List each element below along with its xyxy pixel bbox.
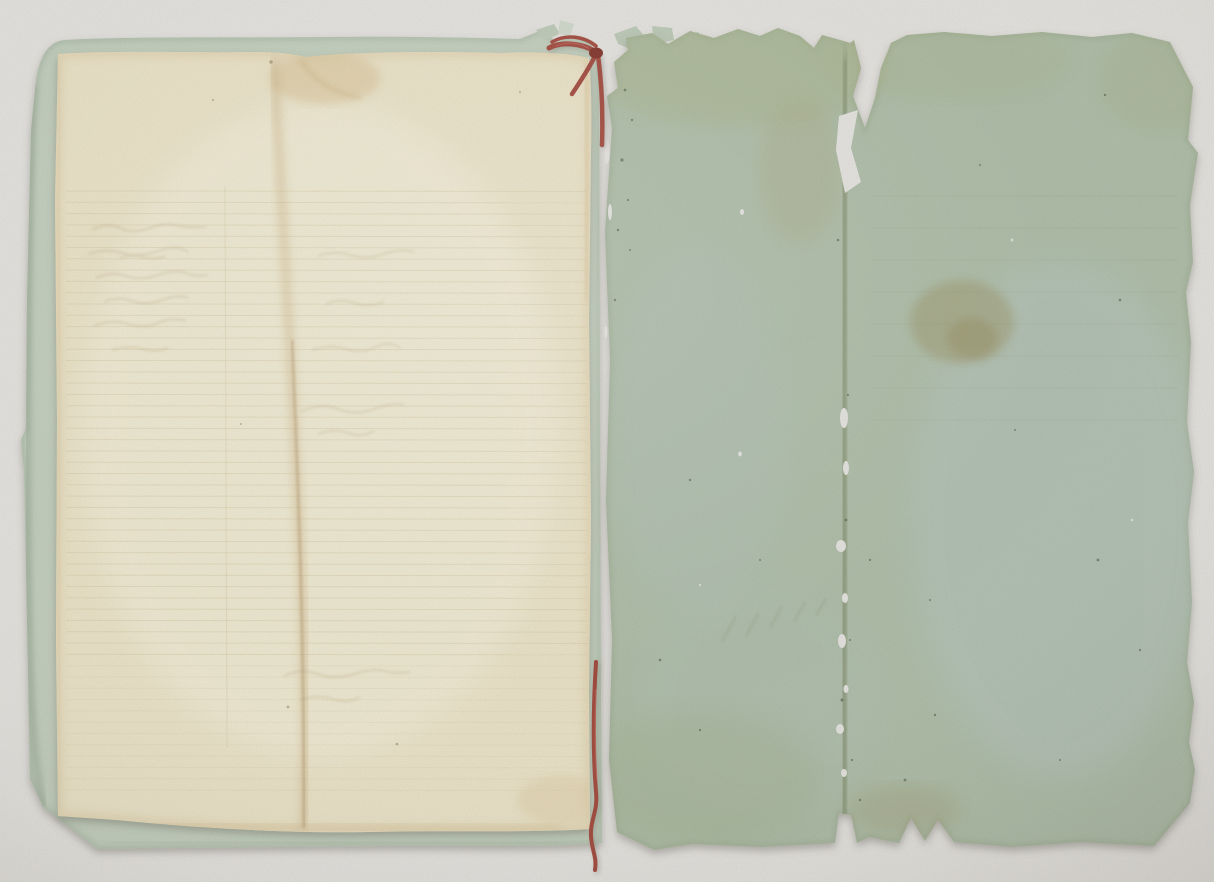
vignette <box>0 0 1214 882</box>
photograph <box>0 0 1214 882</box>
